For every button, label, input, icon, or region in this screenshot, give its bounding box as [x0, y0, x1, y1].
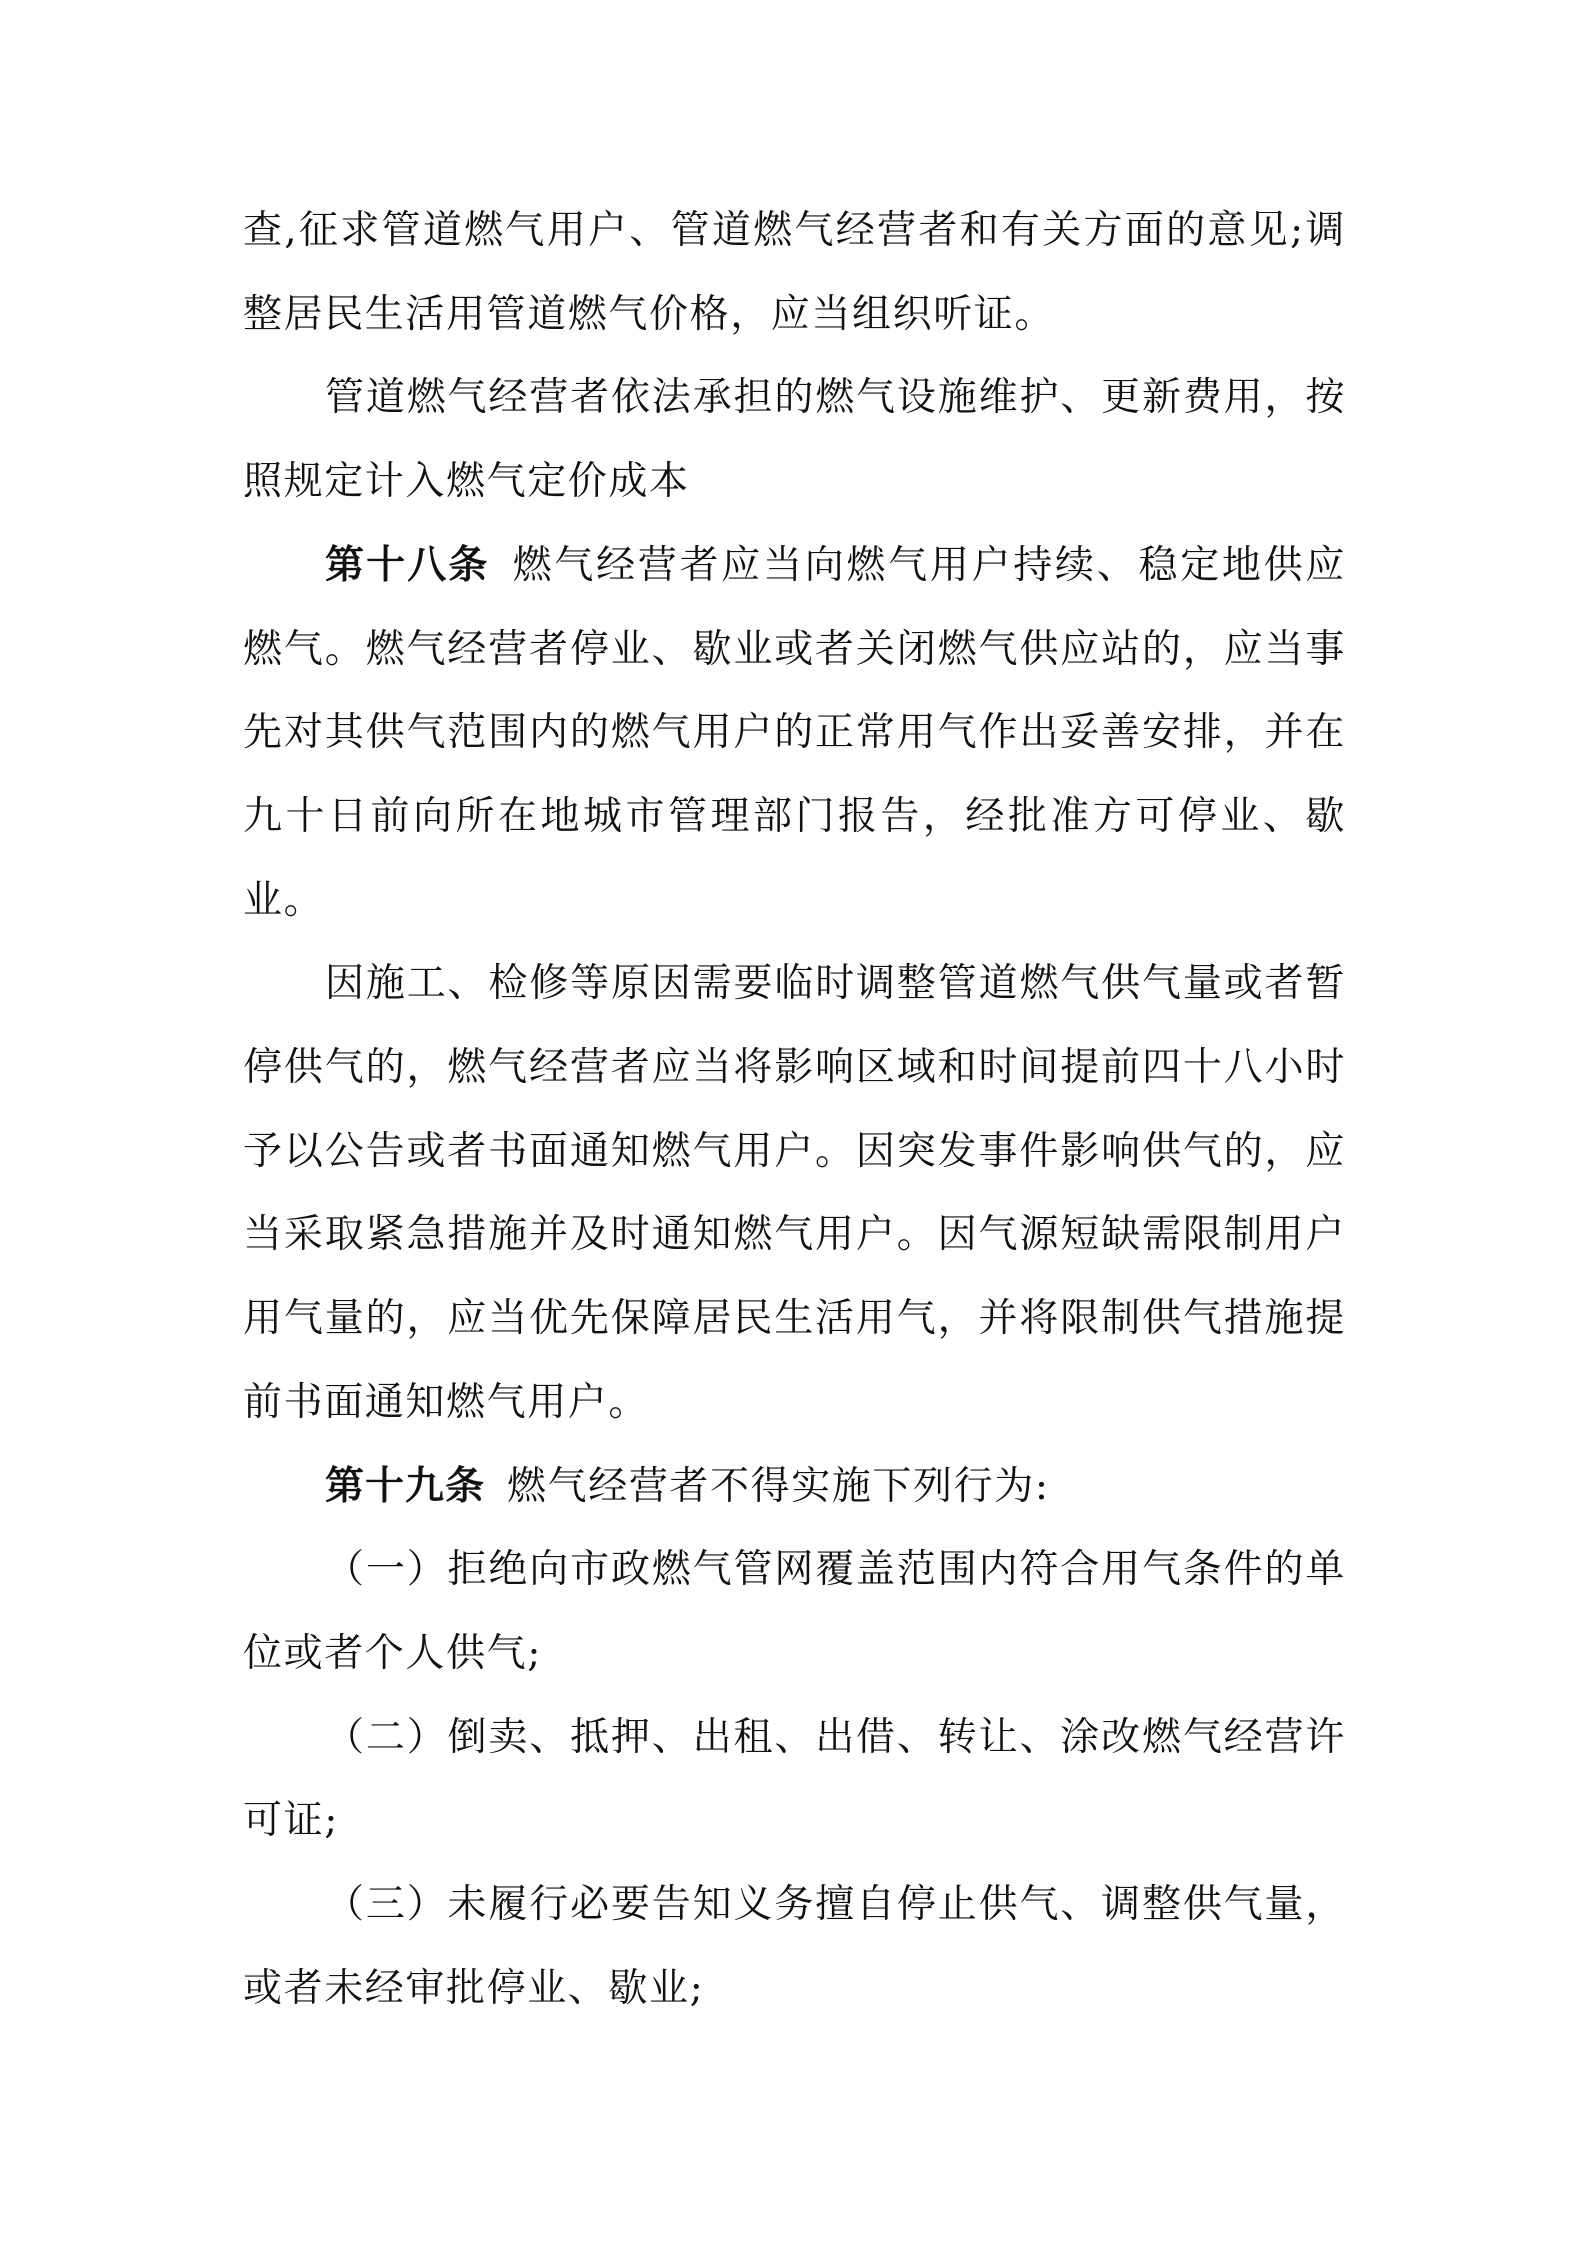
article-heading: 第十九条 — [325, 1464, 485, 1509]
article-18: 第十八条燃气经营者应当向燃气用户持续、稳定地供应燃气。燃气经营者停业、歇业或者关… — [243, 524, 1346, 943]
paragraph-text: （一）拒绝向市政燃气管网覆盖范围内符合用气条件的单位或者个人供气; — [243, 1547, 1346, 1676]
list-item-2: （二）倒卖、抵押、出租、出借、转让、涂改燃气经营许可证; — [243, 1696, 1346, 1863]
paragraph-text: 因施工、检修等原因需要临时调整管道燃气供气量或者暂停供气的，燃气经营者应当将影响… — [243, 961, 1346, 1425]
paragraph-text: 查,征求管道燃气用户、管道燃气经营者和有关方面的意见;调整居民生活用管道燃气价格… — [243, 208, 1346, 337]
paragraph-temporary-adjustment: 因施工、检修等原因需要临时调整管道燃气供气量或者暂停供气的，燃气经营者应当将影响… — [243, 942, 1346, 1444]
paragraph-text: 燃气经营者应当向燃气用户持续、稳定地供应燃气。燃气经营者停业、歇业或者关闭燃气供… — [243, 543, 1346, 923]
paragraph-text: 燃气经营者不得实施下列行为: — [507, 1464, 1050, 1509]
paragraph-maintenance-cost: 管道燃气经营者依法承担的燃气设施维护、更新费用，按照规定计入燃气定价成本 — [243, 356, 1346, 523]
paragraph-text: 管道燃气经营者依法承担的燃气设施维护、更新费用，按照规定计入燃气定价成本 — [243, 375, 1346, 504]
document-page: 查,征求管道燃气用户、管道燃气经营者和有关方面的意见;调整居民生活用管道燃气价格… — [243, 189, 1346, 2030]
list-item-3: （三）未履行必要告知义务擅自停止供气、调整供气量，或者未经审批停业、歇业; — [243, 1863, 1346, 2030]
article-heading: 第十八条 — [325, 543, 490, 588]
list-item-1: （一）拒绝向市政燃气管网覆盖范围内符合用气条件的单位或者个人供气; — [243, 1528, 1346, 1695]
article-19: 第十九条燃气经营者不得实施下列行为: — [243, 1445, 1346, 1529]
paragraph-text: （二）倒卖、抵押、出租、出借、转让、涂改燃气经营许可证; — [243, 1715, 1346, 1844]
paragraph-price-hearing: 查,征求管道燃气用户、管道燃气经营者和有关方面的意见;调整居民生活用管道燃气价格… — [243, 189, 1346, 356]
paragraph-text: （三）未履行必要告知义务擅自停止供气、调整供气量，或者未经审批停业、歇业; — [243, 1882, 1346, 2011]
